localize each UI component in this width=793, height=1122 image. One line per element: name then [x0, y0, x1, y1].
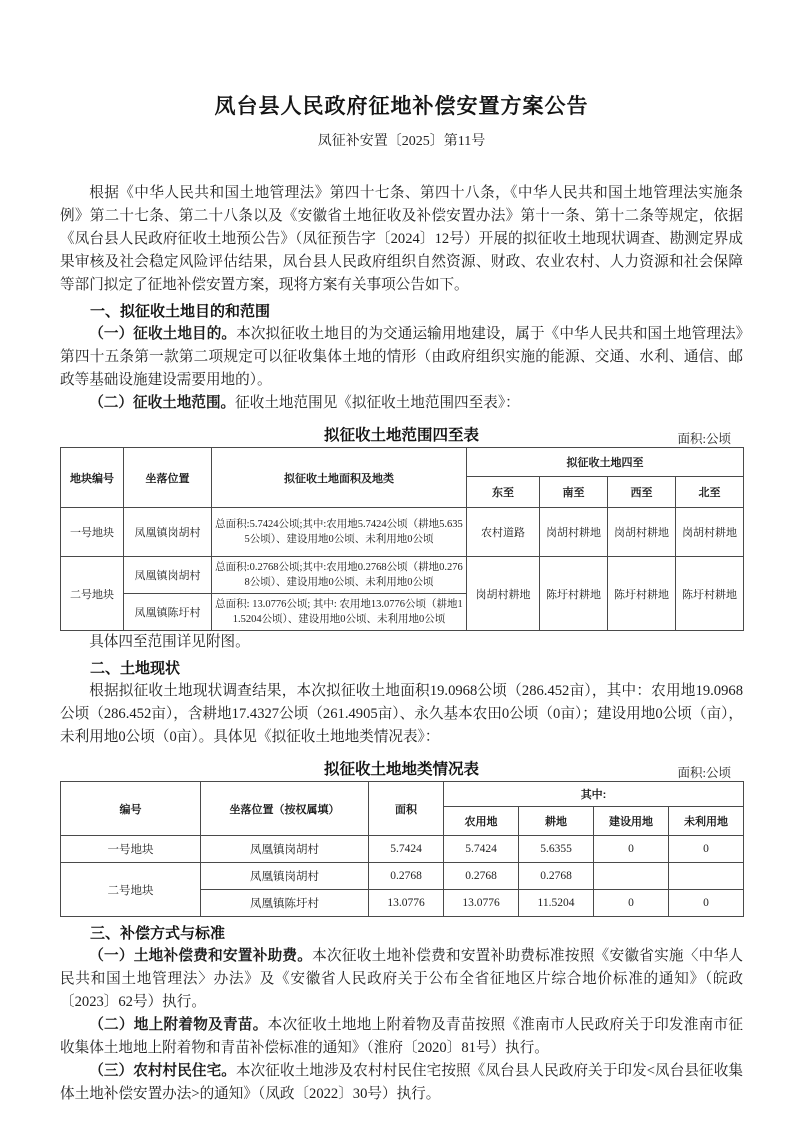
section2-para: 根据拟征收土地现状调查结果，本次拟征收土地面积19.0968公顷（286.452…: [60, 680, 743, 749]
table-cell: 凤凰镇岗胡村: [124, 557, 212, 594]
table1-row-plot1: 一号地块 凤凰镇岗胡村 总面积:5.7424公顷;其中:农用地5.7424公顷（…: [61, 508, 744, 557]
table-cell: 0: [669, 890, 744, 917]
table-cell: 岗胡村耕地: [467, 557, 540, 631]
table2-title: 拟征收土地地类情况表: [60, 757, 743, 779]
table1-col-plot: 地块编号: [61, 448, 124, 508]
table-cell: 二号地块: [61, 557, 124, 631]
section3-para2: （二）地上附着物及青苗。本次征收土地地上附着物及青苗按照《淮南市人民政府关于印发…: [60, 1014, 743, 1060]
table-cell: [594, 863, 669, 890]
table-cell: 11.5204: [519, 890, 594, 917]
table1-note: 具体四至范围详见附图。: [60, 631, 743, 654]
table1-row-plot2a: 二号地块 凤凰镇岗胡村 总面积:0.2768公顷;其中:农用地0.2768公顷（…: [61, 557, 744, 594]
intro-paragraph: 根据《中华人民共和国土地管理法》第四十七条、第四十八条，《中华人民共和国土地管理…: [60, 182, 743, 297]
table-cell: 总面积:0.2768公顷;其中:农用地0.2768公顷（耕地0.2768公顷）、…: [212, 557, 467, 594]
table-cell: 5.7424: [444, 836, 519, 863]
table-cell: 岗胡村耕地: [676, 508, 744, 557]
section1-para1-lead: （一）征收土地目的。: [89, 326, 236, 342]
table2-col-agri: 农用地: [444, 807, 519, 836]
table-cell: 陈圩村耕地: [608, 557, 676, 631]
land-scope-table: 地块编号 坐落位置 拟征收土地面积及地类 拟征收土地四至 东至 南至 西至 北至…: [60, 447, 744, 631]
table2-col-area: 面积: [369, 782, 444, 836]
table2-col-among: 其中:: [444, 782, 744, 807]
table2-col-constr: 建设用地: [594, 807, 669, 836]
section1-para2: （二）征收土地范围。征收土地范围见《拟征收土地范围四至表》：: [60, 392, 743, 415]
table1-col-bounds: 拟征收土地四至: [467, 448, 744, 477]
table-cell: [669, 863, 744, 890]
table1-col-south: 南至: [540, 477, 608, 508]
table-cell: 13.0776: [369, 890, 444, 917]
section3-heading: 三、补偿方式与标准: [60, 922, 743, 943]
section1-para2-text: 征收土地范围见《拟征收土地范围四至表》：: [235, 395, 520, 411]
table2-row-plot1: 一号地块 凤凰镇岗胡村 5.7424 5.7424 5.6355 0 0: [61, 836, 744, 863]
table-cell: 陈圩村耕地: [540, 557, 608, 631]
table-cell: 0: [594, 890, 669, 917]
table-cell: 一号地块: [61, 836, 201, 863]
table2-col-location: 坐落位置（按权属填）: [201, 782, 369, 836]
table-cell: 岗胡村耕地: [540, 508, 608, 557]
section1-para2-lead: （二）征收土地范围。: [89, 395, 235, 411]
table-cell: 陈圩村耕地: [676, 557, 744, 631]
section3-para1-lead: （一）土地补偿费和安置补助费。: [89, 948, 312, 964]
table2-header-row1: 编号 坐落位置（按权属填） 面积 其中:: [61, 782, 744, 807]
table1-col-north: 北至: [676, 477, 744, 508]
table2-row-plot2a: 二号地块 凤凰镇岗胡村 0.2768 0.2768 0.2768: [61, 863, 744, 890]
table1-col-east: 东至: [467, 477, 540, 508]
table1-title: 拟征收土地范围四至表: [60, 423, 743, 445]
table-cell: 凤凰镇岗胡村: [201, 836, 369, 863]
table-cell: 0.2768: [369, 863, 444, 890]
table-cell: 13.0776: [444, 890, 519, 917]
table1-header-row1: 地块编号 坐落位置 拟征收土地面积及地类 拟征收土地四至: [61, 448, 744, 477]
table-cell: 5.7424: [369, 836, 444, 863]
document-page: 凤台县人民政府征地补偿安置方案公告 凤征补安置〔2025〕第11号 根据《中华人…: [0, 0, 793, 1106]
section3-para1: （一）土地补偿费和安置补助费。本次征收土地补偿费和安置补助费标准按照《安徽省实施…: [60, 945, 743, 1014]
document-number: 凤征补安置〔2025〕第11号: [60, 130, 743, 150]
table2-col-no: 编号: [61, 782, 201, 836]
section3-para3-lead: （三）农村村民住宅。: [89, 1063, 236, 1079]
table-cell: 岗胡村耕地: [608, 508, 676, 557]
table-cell: 凤凰镇陈圩村: [201, 890, 369, 917]
section1-para1: （一）征收土地目的。本次拟征收土地目的为交通运输用地建设，属于《中华人民共和国土…: [60, 323, 743, 392]
table1-col-area: 拟征收土地面积及地类: [212, 448, 467, 508]
table2-col-unused: 未利用地: [669, 807, 744, 836]
section1-heading: 一、拟征收土地目的和范围: [60, 300, 743, 321]
table2-unit-label: 面积:公顷: [678, 763, 731, 781]
table-cell: 0.2768: [444, 863, 519, 890]
section3-para3: （三）农村村民住宅。本次征收土地涉及农村村民住宅按照《凤台县人民政府关于印发<凤…: [60, 1060, 743, 1106]
table1-unit-label: 面积:公顷: [678, 429, 731, 447]
table-cell: 农村道路: [467, 508, 540, 557]
table-cell: 凤凰镇陈圩村: [124, 594, 212, 631]
table-cell: 0: [669, 836, 744, 863]
land-type-table: 编号 坐落位置（按权属填） 面积 其中: 农用地 耕地 建设用地 未利用地 一号…: [60, 781, 744, 917]
section3-para2-lead: （二）地上附着物及青苗。: [89, 1017, 267, 1033]
table1-caption: 拟征收土地范围四至表 面积:公顷: [60, 423, 743, 445]
table-cell: 二号地块: [61, 863, 201, 917]
table1-col-location: 坐落位置: [124, 448, 212, 508]
table-cell: 0.2768: [519, 863, 594, 890]
table1-col-west: 西至: [608, 477, 676, 508]
document-title: 凤台县人民政府征地补偿安置方案公告: [60, 90, 743, 120]
table-cell: 5.6355: [519, 836, 594, 863]
table-cell: 凤凰镇岗胡村: [124, 508, 212, 557]
table-cell: 总面积: 13.0776公顷; 其中: 农用地13.0776公顷（耕地11.52…: [212, 594, 467, 631]
table2-col-farm: 耕地: [519, 807, 594, 836]
table-cell: 0: [594, 836, 669, 863]
section2-heading: 二、土地现状: [60, 657, 743, 678]
table-cell: 总面积:5.7424公顷;其中:农用地5.7424公顷（耕地5.6355公顷）、…: [212, 508, 467, 557]
table-cell: 凤凰镇岗胡村: [201, 863, 369, 890]
table-cell: 一号地块: [61, 508, 124, 557]
table2-caption: 拟征收土地地类情况表 面积:公顷: [60, 757, 743, 779]
